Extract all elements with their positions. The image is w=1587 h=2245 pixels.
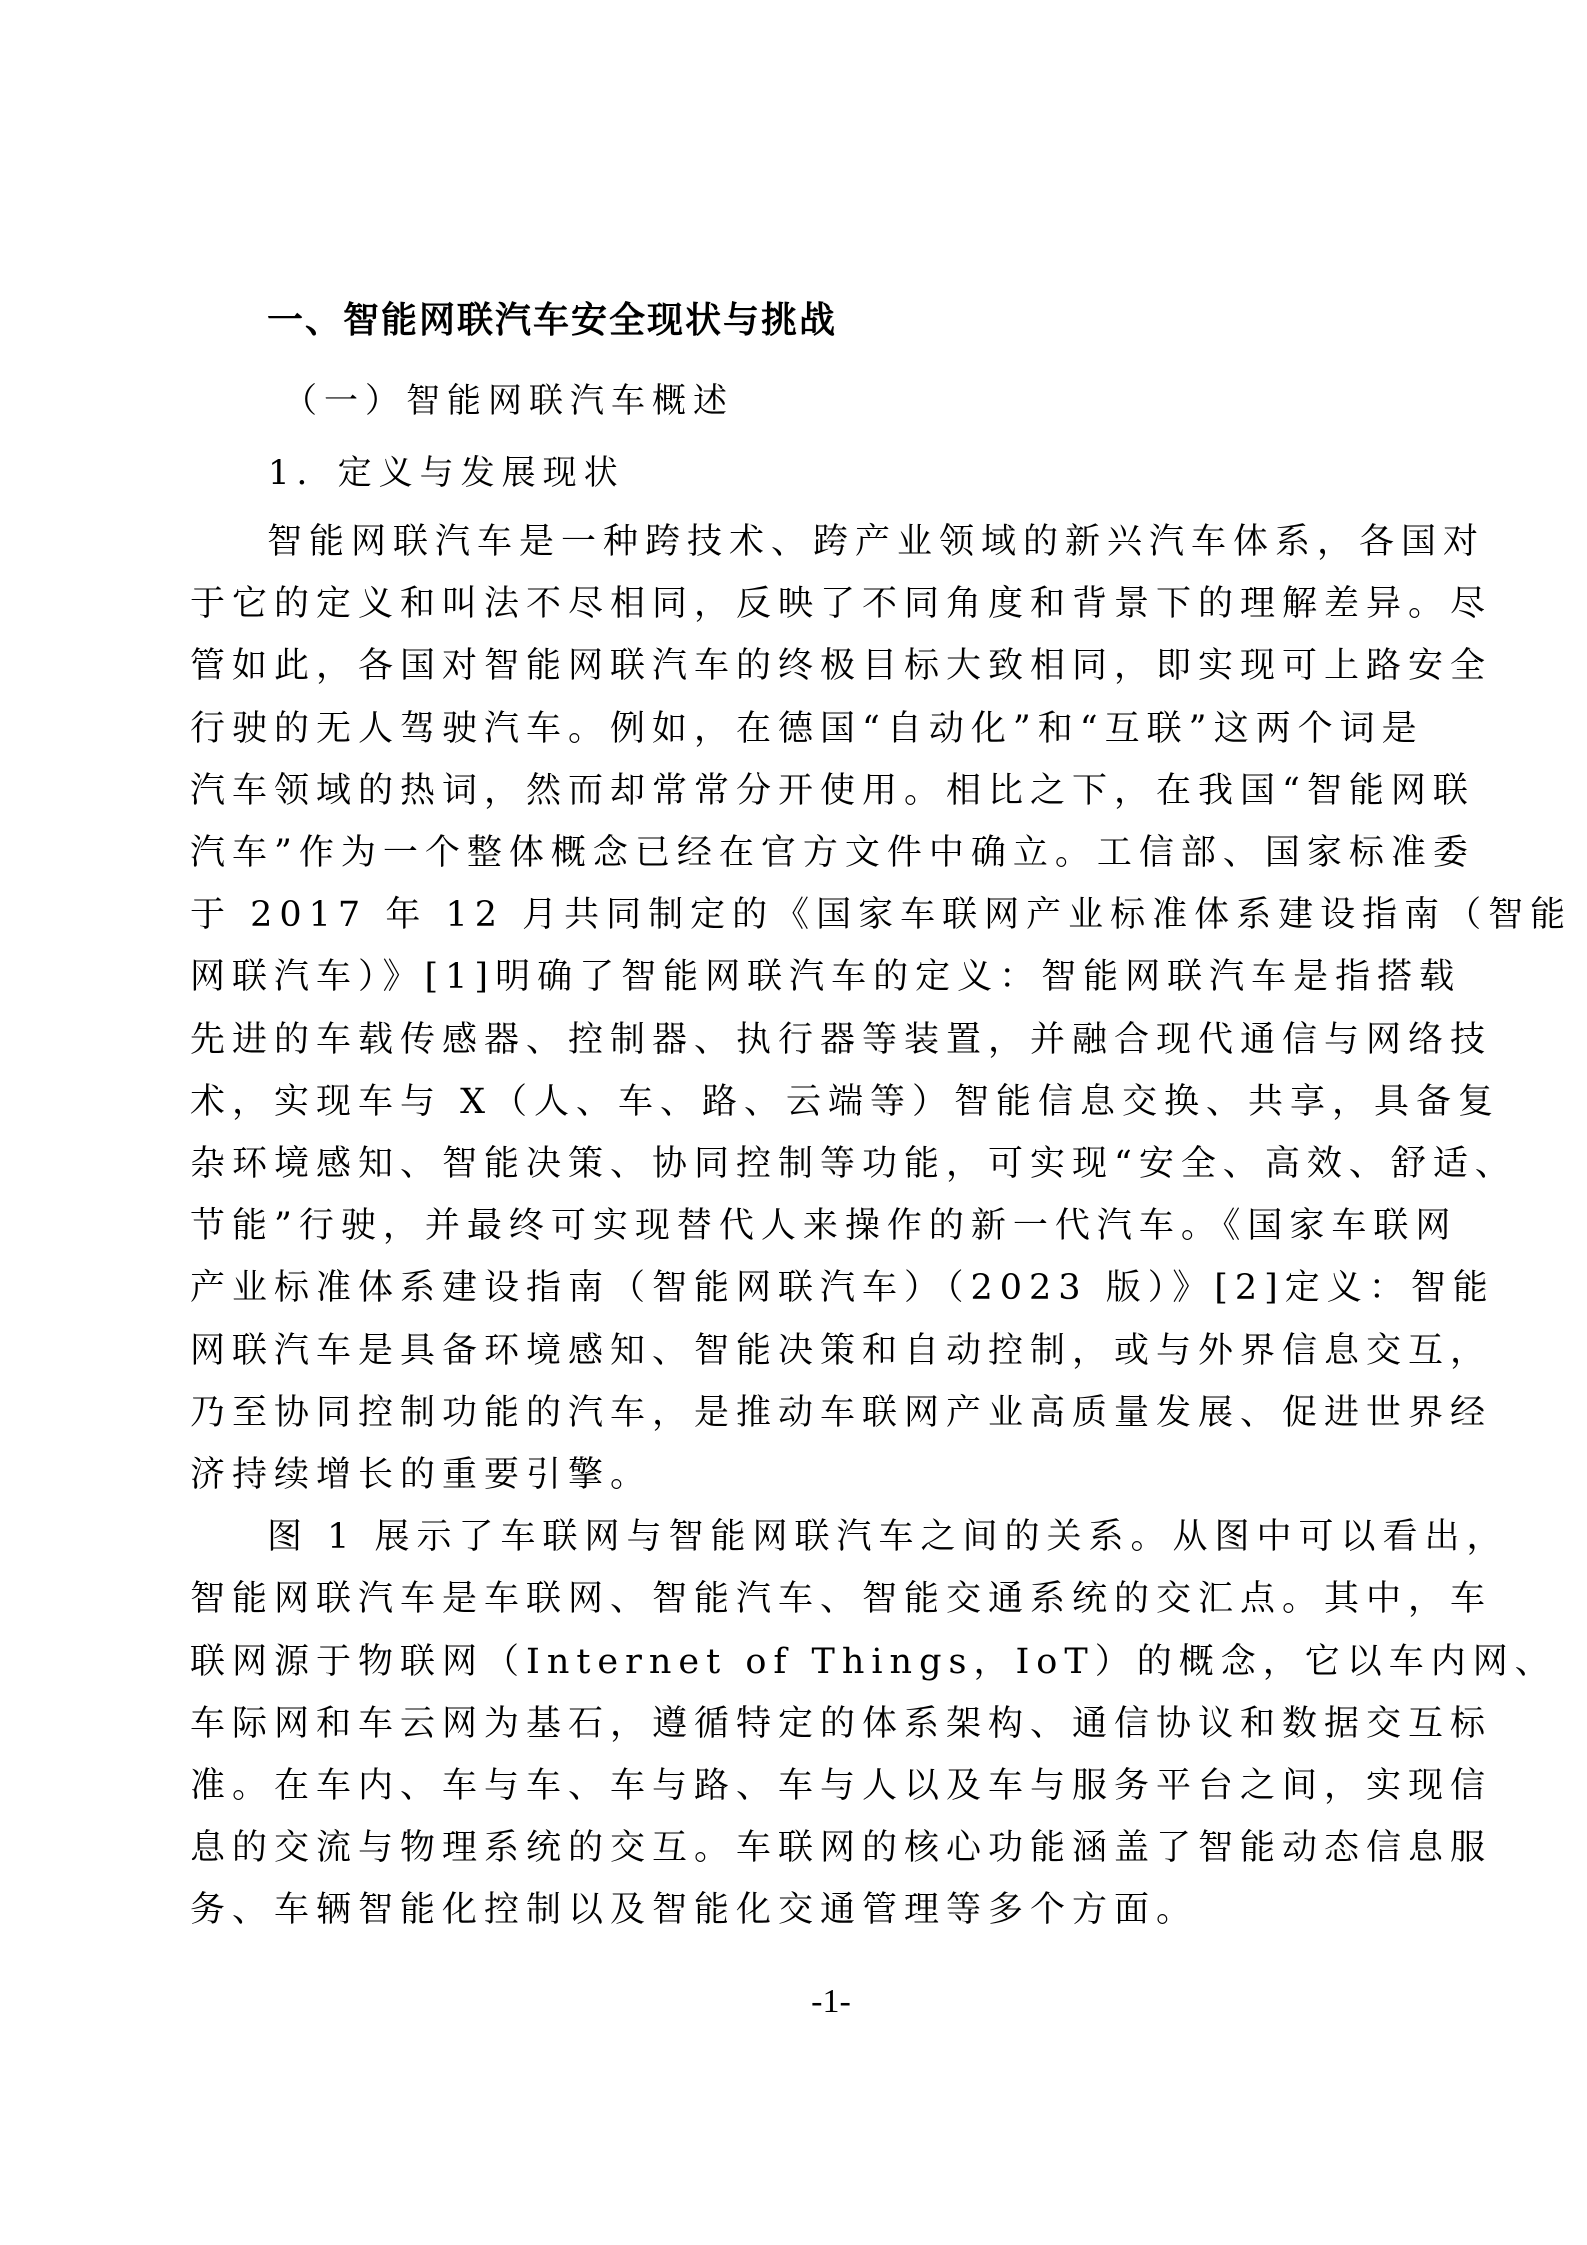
text-line: 息的交流与物理系统的交互。车联网的核心功能涵盖了智能动态信息服 [190,1826,1492,1870]
subsection-heading: （一）智能网联汽车概述 [283,380,734,422]
text-line: 管如此，各国对智能网联汽车的终极目标大致相同，即实现可上路安全 [190,644,1492,688]
text-line: 产业标准体系建设指南（智能网联汽车）（2023 版）》[2]定义：智能 [190,1266,1495,1310]
text-line: 车际网和车云网为基石，遵循特定的体系架构、通信协议和数据交互标 [190,1702,1492,1746]
page-number: -1- [0,1980,1587,2024]
text-line: 智能网联汽车是车联网、智能汽车、智能交通系统的交汇点。其中，车 [190,1577,1492,1621]
text-line: 汽车领域的热词，然而却常常分开使用。相比之下，在我国“智能网联 [190,769,1475,813]
text-line: 于它的定义和叫法不尽相同，反映了不同角度和背景下的理解差异。尽 [190,582,1492,626]
text-line: 网联汽车是具备环境感知、智能决策和自动控制，或与外界信息交互， [190,1329,1492,1373]
text-line: 于 2017 年 12 月共同制定的《国家车联网产业标准体系建设指南（智能 [190,893,1572,937]
text-line: 术，实现车与 X（人、车、路、云端等）智能信息交换、共享，具备复 [190,1080,1500,1124]
text-line: 行驶的无人驾驶汽车。例如，在德国“自动化”和“互联”这两个词是 [190,707,1424,751]
text-line: 节能”行驶，并最终可实现替代人来操作的新一代汽车。《国家车联网 [190,1204,1457,1248]
text-line: 先进的车载传感器、控制器、执行器等装置，并融合现代通信与网络技 [190,1018,1492,1062]
text-line: 务、车辆智能化控制以及智能化交通管理等多个方面。 [190,1888,1198,1932]
text-line: 智能网联汽车是一种跨技术、跨产业领域的新兴汽车体系，各国对 [267,520,1485,564]
text-line: 乃至协同控制功能的汽车，是推动车联网产业高质量发展、促进世界经 [190,1391,1492,1435]
text-line: 图 1 展示了车联网与智能网联汽车之间的关系。从图中可以看出， [267,1515,1509,1559]
text-line: 济持续增长的重要引擎。 [190,1453,652,1497]
document-page: 一、智能网联汽车安全现状与挑战 （一）智能网联汽车概述 1．定义与发展现状 智能… [0,0,1587,2245]
text-line: 准。在车内、车与车、车与路、车与人以及车与服务平台之间，实现信 [190,1764,1492,1808]
text-line: 网联汽车）》[1]明确了智能网联汽车的定义：智能网联汽车是指搭载 [190,955,1461,999]
subsubsection-heading: 1．定义与发展现状 [268,452,625,494]
text-line: 联网源于物联网（Internet of Things，IoT）的概念，它以车内网… [190,1640,1557,1684]
text-line: 汽车”作为一个整体概念已经在官方文件中确立。工信部、国家标准委 [190,831,1475,875]
section-heading: 一、智能网联汽车安全现状与挑战 [267,300,837,342]
text-line: 杂环境感知、智能决策、协同控制等功能，可实现“安全、高效、舒适、 [190,1142,1517,1186]
